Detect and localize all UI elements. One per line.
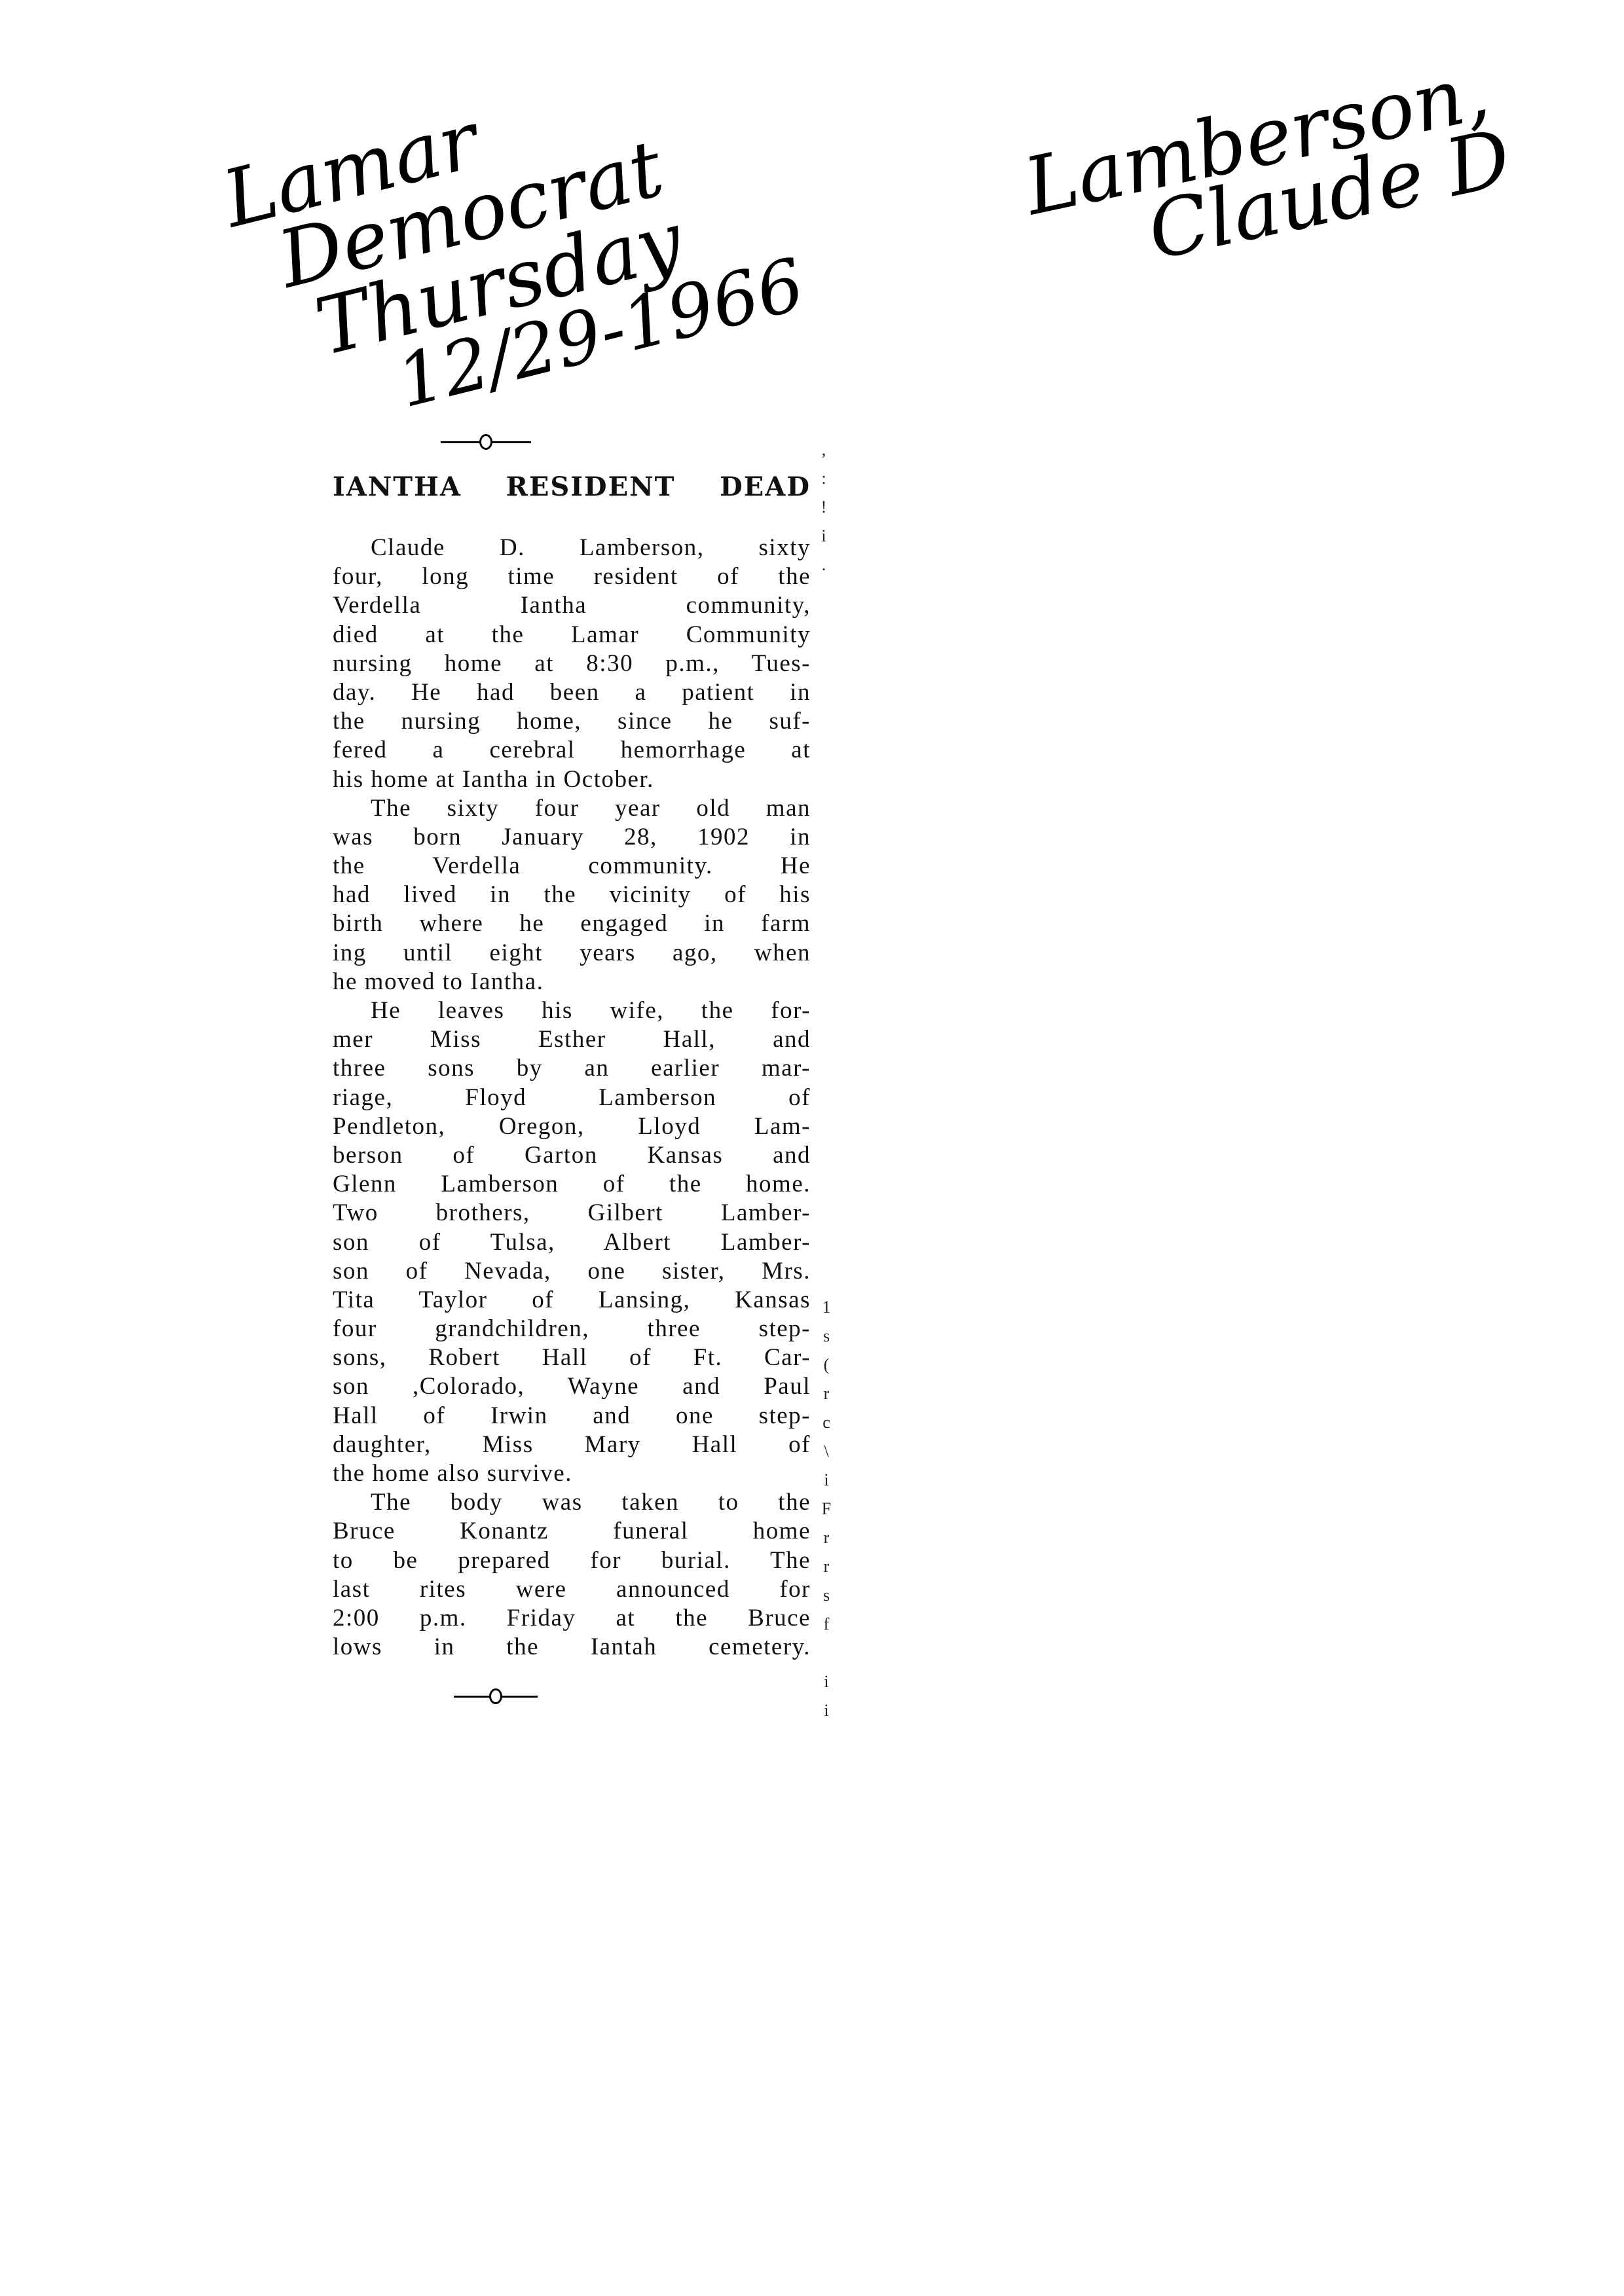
article-text-line: had lived in the vicinity of his — [333, 881, 811, 909]
article-text-line: the home also survive. — [333, 1459, 811, 1488]
article-text-line: daughter, Miss Mary Hall of — [333, 1430, 811, 1459]
article-text-line: riage, Floyd Lamberson of — [333, 1084, 811, 1112]
adjacent-column-fragments-top: ,:!i. — [817, 435, 830, 579]
article-text-line: last rites were announced for — [333, 1575, 811, 1604]
article-text-line: birth where he engaged in farm — [333, 909, 811, 938]
article-text-line: fered a cerebral hemorrhage at — [333, 736, 811, 765]
bottom-ornament-divider — [333, 1686, 811, 1706]
article-text-line: Hall of Irwin and one step- — [333, 1402, 811, 1430]
fragment-glyph: F — [820, 1495, 833, 1523]
article-text-line: Bruce Konantz funeral home — [333, 1517, 811, 1546]
ornament-ring-icon — [489, 1688, 502, 1704]
article-text-line: Claude D. Lamberson, sixty — [333, 534, 811, 562]
article-text-line: to be prepared for burial. The — [333, 1546, 811, 1575]
article-text-line: his home at Iantha in October. — [333, 765, 811, 794]
article-text-line: four grandchildren, three step- — [333, 1315, 811, 1343]
article-text-line: mer Miss Esther Hall, and — [333, 1025, 811, 1054]
article-text-line: three sons by an earlier mar- — [333, 1054, 811, 1083]
article-headline: IANTHA RESIDENT DEAD — [333, 471, 811, 502]
ornament-rule-icon — [502, 1696, 538, 1698]
fragment-glyph — [820, 1639, 833, 1667]
article-text-line: son of Tulsa, Albert Lamber- — [333, 1228, 811, 1257]
fragment-glyph: f — [820, 1610, 833, 1639]
article-body: Claude D. Lamberson, sixtyfour, long tim… — [333, 534, 811, 1662]
fragment-glyph: ! — [817, 493, 830, 522]
fragment-glyph: ( — [820, 1351, 833, 1379]
fragment-glyph: s — [820, 1581, 833, 1610]
fragment-glyph: \ — [820, 1437, 833, 1466]
article-text-line: died at the Lamar Community — [333, 621, 811, 649]
article-text-line: Tita Taylor of Lansing, Kansas — [333, 1286, 811, 1315]
fragment-glyph: i — [820, 1466, 833, 1495]
fragment-glyph: c — [820, 1408, 833, 1437]
handwritten-source-note: Lamar Democrat Thursday 12/29-1966 — [216, 33, 811, 448]
article-text-line: He leaves his wife, the for- — [333, 996, 811, 1025]
fragment-glyph: : — [817, 464, 830, 493]
adjacent-column-fragments-bottom: 1s(rc\iFrrsf ii — [820, 1293, 833, 1725]
fragment-glyph: , — [817, 435, 830, 464]
fragment-glyph: i — [820, 1667, 833, 1696]
article-text-line: was born January 28, 1902 in — [333, 823, 811, 852]
fragment-glyph: r — [820, 1379, 833, 1408]
article-text-line: Two brothers, Gilbert Lamber- — [333, 1199, 811, 1228]
article-text-line: sons, Robert Hall of Ft. Car- — [333, 1343, 811, 1372]
article-text-line: the nursing home, since he suf- — [333, 707, 811, 736]
fragment-glyph: i — [820, 1696, 833, 1725]
article-text-line: berson of Garton Kansas and — [333, 1141, 811, 1170]
fragment-glyph: i — [817, 522, 830, 551]
article-text-line: 2:00 p.m. Friday at the Bruce — [333, 1604, 811, 1633]
newspaper-clipping: IANTHA RESIDENT DEAD Claude D. Lamberson… — [333, 432, 811, 1706]
ornament-rule-icon — [492, 441, 531, 443]
article-text-line: Verdella Iantha community, — [333, 591, 811, 620]
article-text-line: ing until eight years ago, when — [333, 939, 811, 968]
top-ornament-divider — [333, 432, 811, 452]
fragment-glyph: 1 — [820, 1293, 833, 1322]
article-text-line: The sixty four year old man — [333, 794, 811, 823]
article-text-line: Glenn Lamberson of the home. — [333, 1170, 811, 1199]
article-text-line: four, long time resident of the — [333, 562, 811, 591]
article-text-line: The body was taken to the — [333, 1488, 811, 1517]
article-text-line: Pendleton, Oregon, Lloyd Lam- — [333, 1112, 811, 1141]
ornament-ring-icon — [479, 434, 492, 450]
article-text-line: son ,Colorado, Wayne and Paul — [333, 1372, 811, 1401]
fragment-glyph: r — [820, 1523, 833, 1552]
ornament-rule-icon — [454, 1696, 490, 1698]
article-text-line: the Verdella community. He — [333, 852, 811, 881]
fragment-glyph: r — [820, 1552, 833, 1581]
fragment-glyph: . — [817, 551, 830, 579]
article-text-line: lows in the Iantah cemetery. — [333, 1633, 811, 1662]
fragment-glyph: s — [820, 1322, 833, 1351]
article-text-line: nursing home at 8:30 p.m., Tues- — [333, 649, 811, 678]
ornament-rule-icon — [441, 441, 480, 443]
article-text-line: son of Nevada, one sister, Mrs. — [333, 1257, 811, 1286]
article-text-line: day. He had been a patient in — [333, 678, 811, 707]
handwritten-subject-note: Lamberson, Claude D — [1018, 51, 1517, 295]
article-text-line: he moved to Iantha. — [333, 968, 811, 996]
